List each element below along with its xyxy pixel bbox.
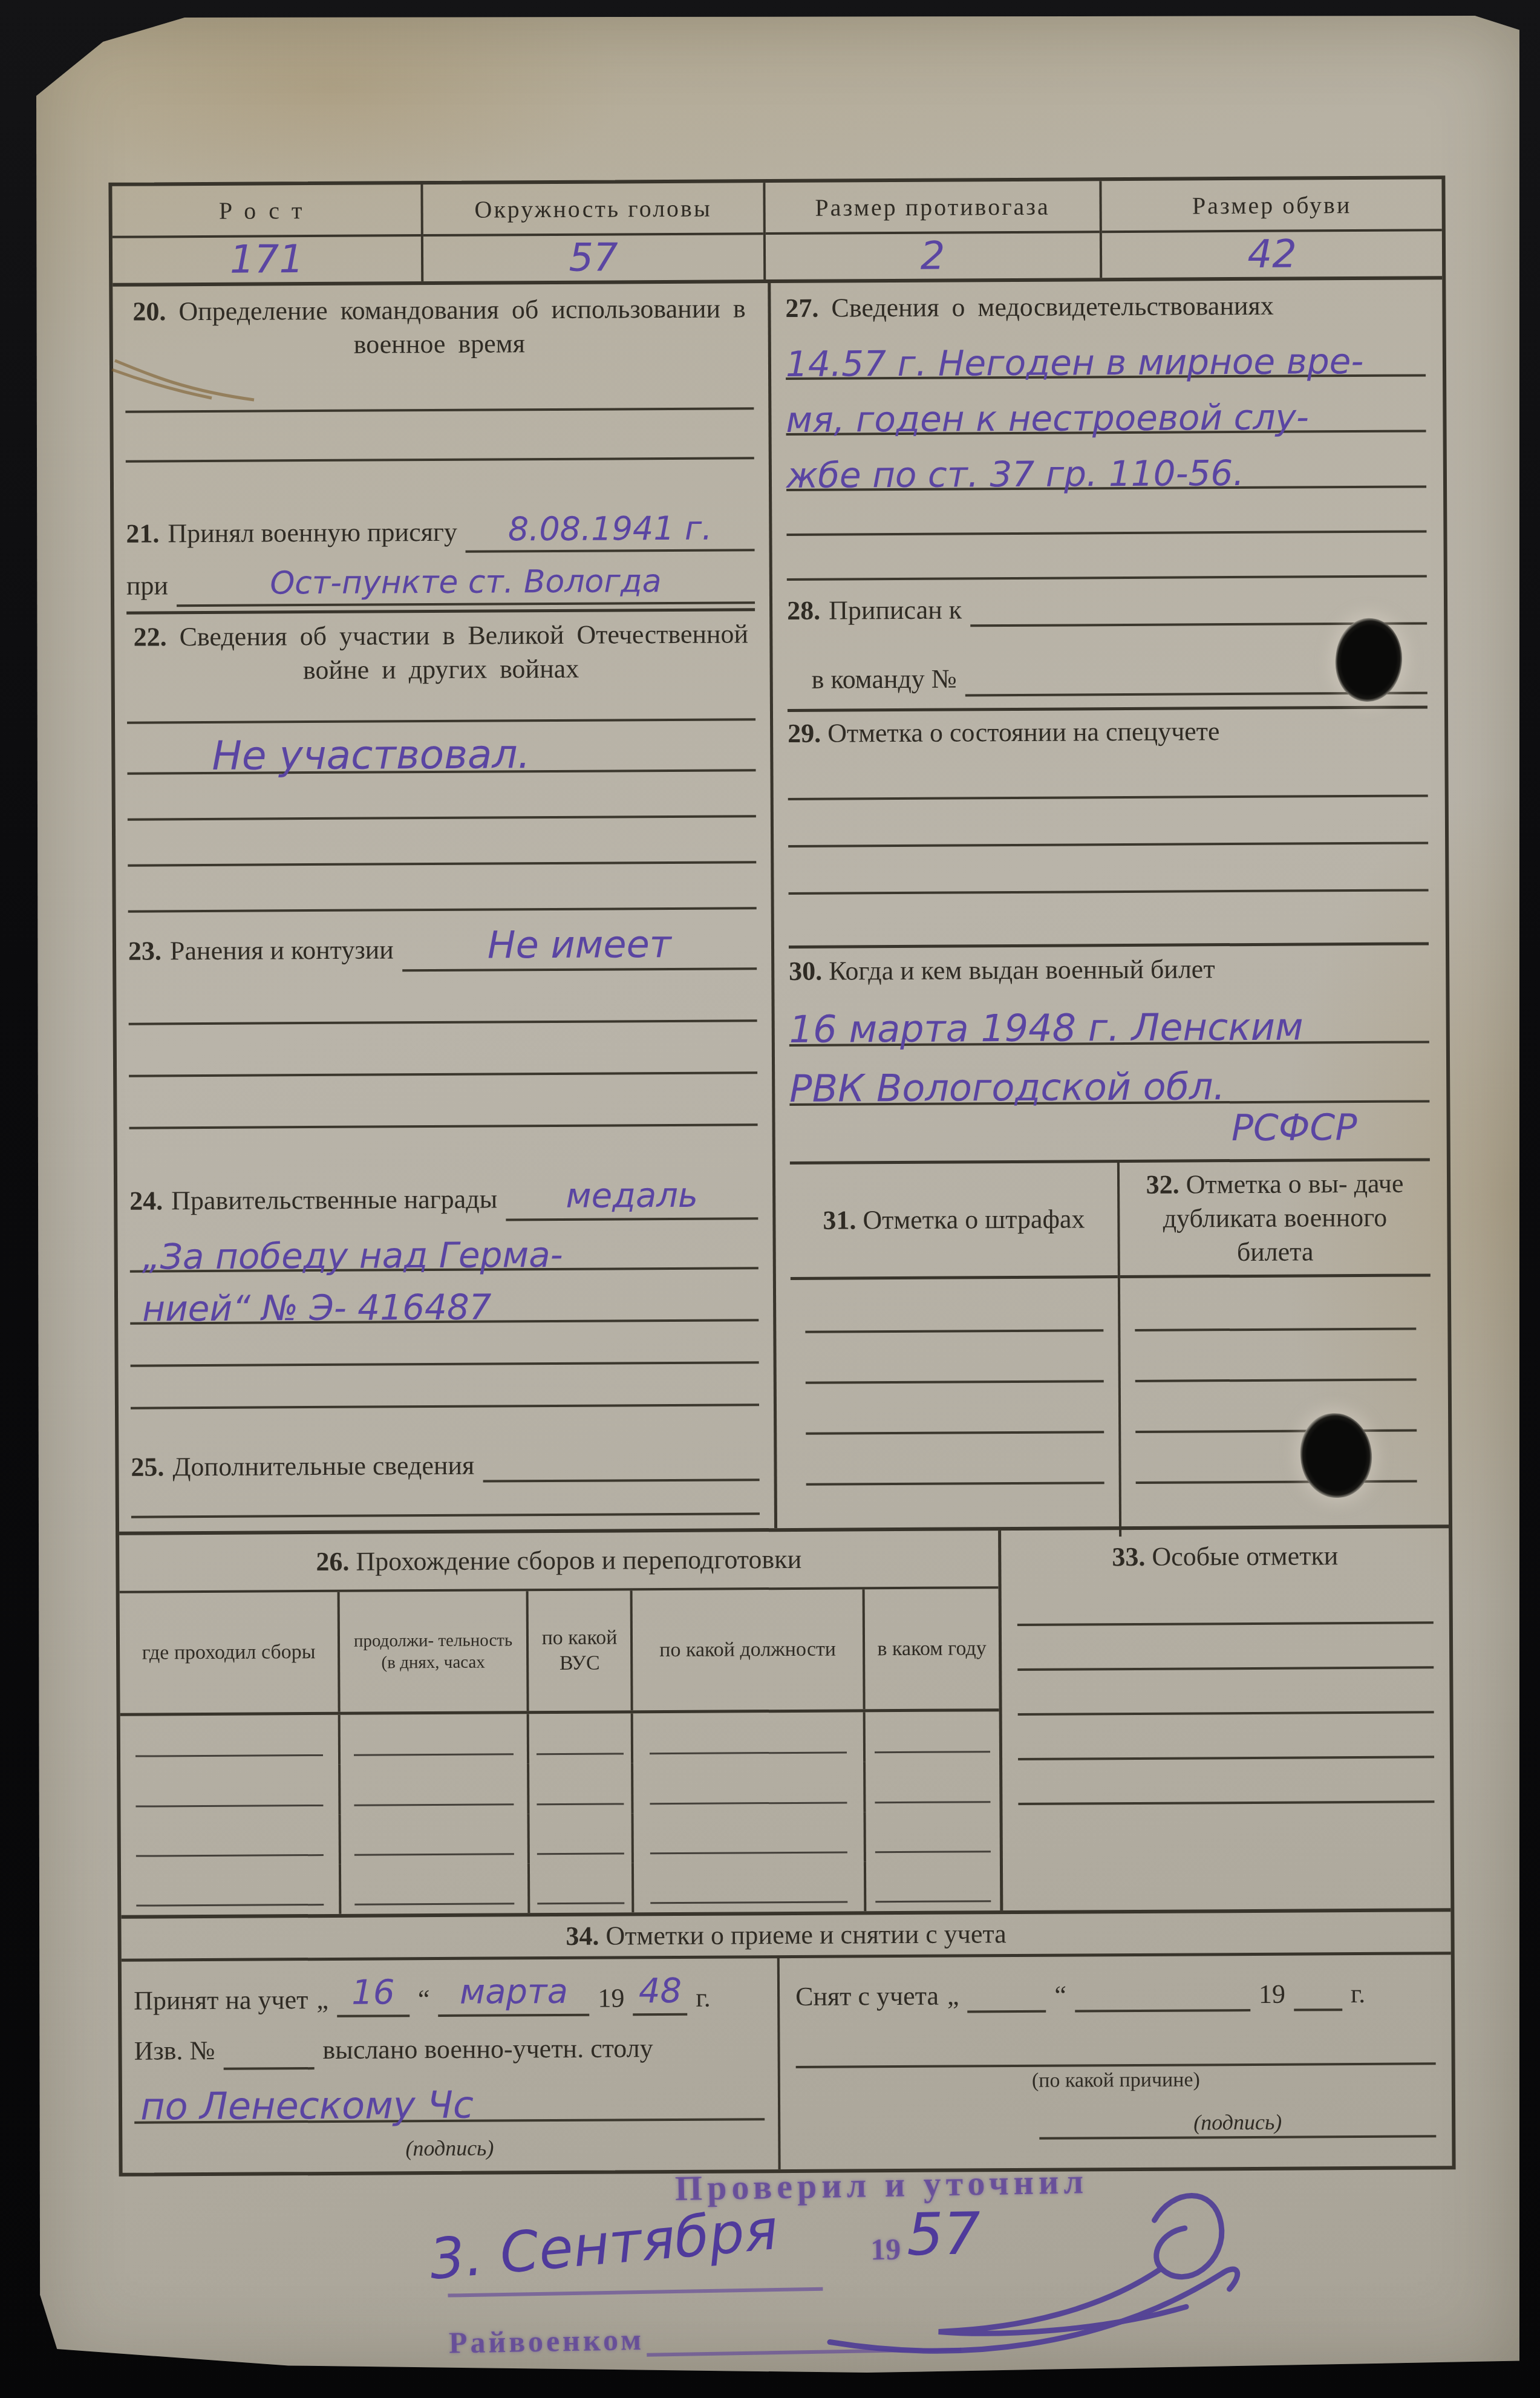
ruled-line: РВК Вологодской обл. <box>789 1044 1429 1106</box>
head-value: 57 <box>423 235 763 281</box>
izv-label: Изв. № <box>134 2034 215 2068</box>
col-header-year: в каком году <box>863 1589 999 1709</box>
accepted-year-value: 48 <box>639 1972 682 2011</box>
section-24-number: 24. <box>129 1184 163 1218</box>
ruled-line <box>129 1020 757 1025</box>
quote-mark: „ <box>316 1983 328 2017</box>
signature-caption: (подпись) <box>1193 2110 1282 2135</box>
quote-mark: “ <box>418 1982 430 2016</box>
section-29-label: Отметка о состоянии на спецучете <box>827 716 1220 748</box>
col-header-position: по какой должности <box>630 1589 863 1710</box>
ruled-line <box>805 1329 1103 1333</box>
head-label: Окружность головы <box>423 183 763 237</box>
ruled-line <box>354 1903 515 1905</box>
ruled-line <box>136 1804 324 1807</box>
gasmask-value: 2 <box>766 233 1100 279</box>
section-21-number: 21. <box>126 517 159 551</box>
section-30: 30. Когда и кем выдан военный билет 16 м… <box>789 942 1430 1165</box>
sent-label: выслано военно-учетн. столу <box>322 2031 653 2067</box>
ruled-line: 16 марта 1948 г. Ленским <box>789 985 1429 1047</box>
awards-value-3: нией“ № Э- 416487 <box>142 1286 492 1329</box>
ruled-line <box>806 1431 1104 1435</box>
gasmask-label: Размер противогаза <box>765 181 1099 235</box>
oath-place-value: Ост-пункте ст. Вологда <box>270 563 661 601</box>
section-31-label: Отметка о штрафах <box>863 1204 1085 1235</box>
section-29-number: 29. <box>788 719 821 748</box>
ruled-line: по Ленескому Чс <box>134 2067 765 2123</box>
accepted-label: Принят на учет <box>134 1983 308 2018</box>
section-30-number: 30. <box>789 956 822 986</box>
quote-mark: „ <box>947 1979 959 2013</box>
section-34-number: 34. <box>566 1921 599 1950</box>
ruled-line <box>136 1854 324 1857</box>
shoe-value: 42 <box>1102 231 1442 278</box>
ruled-line <box>650 1851 847 1854</box>
form-body: 20. Определение командования об использо… <box>113 279 1449 1535</box>
ruled-line <box>354 1853 514 1855</box>
ruled-line <box>650 1802 847 1805</box>
section-25-label: Дополнительные сведения <box>172 1449 474 1485</box>
section-21-label: Принял военную присягу <box>168 515 457 551</box>
table-row <box>120 1761 999 1815</box>
oath-date-value: 8.08.1941 г. <box>508 509 713 549</box>
removed-label: Снят с учета <box>795 1979 939 2014</box>
section-31: 31. Отметка о штрафах <box>790 1163 1121 1538</box>
accepted-by-value: по Ленескому Чс <box>140 2083 474 2129</box>
ruled-line <box>1018 1756 1434 1760</box>
ruled-line: нией“ № Э- 416487 <box>130 1269 759 1324</box>
section-25-number: 25. <box>131 1450 164 1485</box>
section-27: 27. Сведения о медосвидетельствованиях 1… <box>785 288 1427 594</box>
section-33-title: Особые отметки <box>1152 1541 1338 1572</box>
ruled-line <box>129 1072 757 1077</box>
cell-shoe-size: Размер обуви 42 <box>1099 179 1442 278</box>
cell-height: Рост 171 <box>112 185 421 283</box>
war-participation-value: Не участвовал. <box>212 731 530 779</box>
ruled-line <box>483 1447 760 1483</box>
section-31-number: 31. <box>823 1205 856 1235</box>
left-column: 20. Определение командования об использо… <box>113 283 777 1532</box>
section-32-number: 32. <box>1146 1169 1179 1199</box>
col-header-duration: продолжи- тельность (в днях, часах <box>338 1591 527 1712</box>
ticket-issue-value-2: РВК Вологодской обл. <box>789 1064 1225 1111</box>
section-26-number: 26. <box>316 1547 349 1576</box>
ruled-line <box>875 1801 990 1803</box>
ruled-line <box>354 1754 514 1756</box>
ticket-issue-value-3: РСФСР <box>1232 1106 1357 1149</box>
section-22-label: Сведения об участии в Великой Отечествен… <box>179 619 748 685</box>
section-25: 25. Дополнительные сведения <box>131 1447 760 1546</box>
ruled-line <box>786 531 1426 537</box>
ruled-line <box>650 1752 847 1755</box>
accepted-block: Принят на учет „ 16 “ марта 19 48 г. Изв… <box>122 1958 781 2173</box>
registration-form: Рост 171 Окружность головы 57 Размер про… <box>108 175 1455 2177</box>
ruled-line <box>136 1904 324 1907</box>
section-28-label2: в команду № <box>812 662 957 698</box>
section-28-number: 28. <box>787 594 820 629</box>
section-26: 26. Прохождение сборов и переподготовки … <box>119 1531 1003 1915</box>
ruled-line <box>788 842 1428 848</box>
ruled-line <box>131 1361 759 1367</box>
section-32-label: Отметка о вы- даче дубликата военного би… <box>1163 1168 1403 1267</box>
section-27-label: Сведения о медосвидетельствованиях <box>831 291 1273 323</box>
section-28: 28. Приписан к в команду № <box>787 590 1427 712</box>
table-row <box>120 1711 999 1766</box>
ruled-line: Не участвовал. <box>127 720 755 774</box>
accepted-century: 19 <box>598 1982 624 2016</box>
medical-value-3: жбе по ст. 37 гр. 110-56. <box>786 452 1244 496</box>
paper-scratch <box>109 342 266 415</box>
section-24: 24. Правительственные награды медаль „За… <box>129 1174 759 1450</box>
ruled-line <box>126 457 754 462</box>
ruled-line <box>1017 1666 1434 1671</box>
ruled-line <box>537 1852 624 1855</box>
cell-gasmask-size: Размер противогаза 2 <box>763 181 1100 279</box>
section-33-number: 33. <box>1112 1542 1145 1572</box>
cell-head-circumference: Окружность головы 57 <box>420 183 763 281</box>
verification-stamp: Проверил и уточнил 3. Сентября 19 57 Рай… <box>409 2156 1357 2390</box>
ruled-line: „За победу над Герма- <box>129 1220 758 1272</box>
ruled-line <box>1018 1800 1434 1805</box>
ruled-line <box>128 815 756 820</box>
quote-mark: “ <box>1054 1979 1066 2013</box>
section-21-label2: при <box>126 569 168 603</box>
section-22-number: 22. <box>133 622 166 652</box>
ruled-line <box>128 861 756 866</box>
ruled-line <box>650 1901 848 1904</box>
ruled-line <box>1135 1429 1417 1433</box>
awards-value-1: медаль <box>566 1176 698 1216</box>
commissar-signature <box>736 2176 1284 2385</box>
removed-century: 19 <box>1259 1978 1285 2012</box>
section-33: 33. Особые отметки <box>1001 1528 1450 1910</box>
col-header-where: где проходил сборы <box>120 1592 338 1713</box>
ruled-line <box>1135 1328 1416 1331</box>
ruled-line <box>537 1803 624 1805</box>
ruled-line <box>131 1513 760 1518</box>
table-header-row: где проходил сборы продолжи- тельность (… <box>120 1589 999 1716</box>
section-23: 23. Ранения и контузии Не имеет <box>128 920 758 1177</box>
section-28-label1: Приписан к <box>829 593 962 627</box>
section-22: 22. Сведения об участии в Великой Отечес… <box>126 617 757 923</box>
document-card: Рост 171 Окружность головы 57 Размер про… <box>36 16 1519 2375</box>
ruled-line <box>537 1902 624 1904</box>
ruled-line <box>876 1900 991 1903</box>
removed-year-suffix: г. <box>1351 1977 1365 2011</box>
section-26-title: Прохождение сборов и переподготовки <box>356 1544 801 1576</box>
section-30-label: Когда и кем выдан военный билет <box>829 954 1215 985</box>
ruled-line <box>135 1754 323 1757</box>
table-row <box>121 1811 1000 1866</box>
section-20-number: 20. <box>132 296 166 326</box>
col-header-vus: по какой ВУС <box>526 1590 631 1711</box>
ruled-line <box>788 795 1428 801</box>
ruled-line <box>789 889 1429 895</box>
wounds-value: Не имеет <box>488 922 671 967</box>
signature-caption: (подпись) <box>405 2136 494 2161</box>
right-column: 27. Сведения о медосвидетельствованиях 1… <box>771 279 1449 1528</box>
photo-background: Рост 171 Окружность головы 57 Размер про… <box>0 0 1540 2398</box>
ruled-line <box>1135 1379 1417 1382</box>
stamp-official-title: Райвоенком <box>448 2322 644 2360</box>
ruled-line <box>806 1482 1104 1486</box>
section-34: 34. Отметки о приеме и снятии с учета Пр… <box>121 1912 1452 2173</box>
ruled-line <box>875 1751 990 1753</box>
ruled-line: 14.57 г. Негоден в мирное вре- <box>786 322 1426 381</box>
ruled-line <box>806 1380 1104 1384</box>
band-26-33: 26. Прохождение сборов и переподготовки … <box>119 1528 1450 1919</box>
height-value: 171 <box>113 237 421 283</box>
ruled-line: жбе по ст. 37 гр. 110-56. <box>786 433 1426 492</box>
shoe-label: Размер обуви <box>1101 179 1441 233</box>
ruled-line <box>537 1753 624 1756</box>
removed-block: Снят с учета „ “ 19 г. (по какой причине… <box>780 1955 1452 2169</box>
accepted-year-suffix: г. <box>696 1981 710 2015</box>
section-23-number: 23. <box>128 934 162 969</box>
ruled-line: мя, годен к нестроевой слу- <box>786 377 1426 436</box>
stamp-date-handwritten: 3. Сентября <box>427 2197 781 2292</box>
section-21: 21. Принял военную присягу 8.08.1941 г. … <box>126 507 755 614</box>
ruled-line <box>787 575 1427 581</box>
ruled-line <box>128 907 757 912</box>
ruled-line <box>129 1124 758 1129</box>
section-32: 32. Отметка о вы- даче дубликата военног… <box>1120 1161 1432 1537</box>
accepted-month-value: марта <box>460 1972 568 2012</box>
measurements-row: Рост 171 Окружность головы 57 Размер про… <box>112 179 1442 287</box>
table-row <box>121 1861 1000 1915</box>
section-24-label: Правительственные награды <box>171 1182 497 1218</box>
height-label: Рост <box>112 185 420 238</box>
ruled-line <box>1136 1480 1417 1484</box>
ruled-line <box>1017 1621 1434 1626</box>
section-27-number: 27. <box>785 293 818 323</box>
ruled-line <box>1018 1711 1434 1716</box>
ruled-line <box>875 1851 990 1853</box>
accepted-day-value: 16 <box>351 1973 395 2012</box>
ruled-line <box>131 1403 759 1409</box>
reason-caption: (по какой причине) <box>1032 2069 1200 2092</box>
section-34-title: Отметки о приеме и снятии с учета <box>605 1919 1006 1950</box>
section-29: 29. Отметка о состоянии на спецучете <box>788 713 1429 946</box>
ruled-line <box>354 1803 514 1806</box>
section-23-label: Ранения и контузии <box>170 933 394 968</box>
